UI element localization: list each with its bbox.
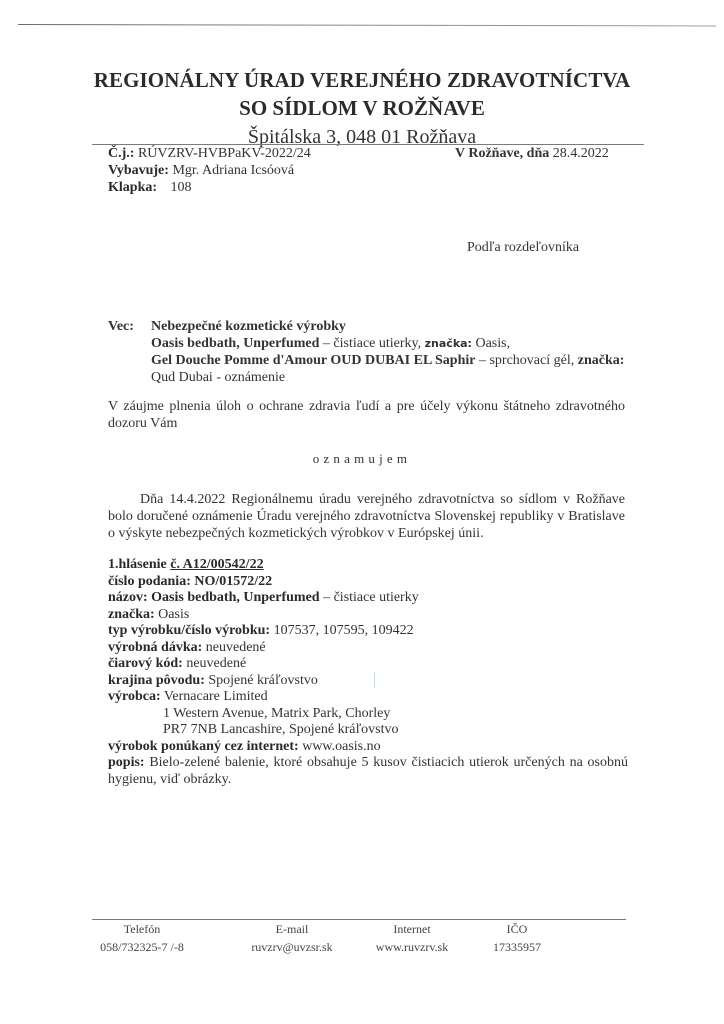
internet-value: www.oasis.no bbox=[299, 739, 381, 754]
subject-title: Nebezpečné kozmetické výrobky bbox=[151, 319, 346, 334]
batch-label: výrobná dávka: bbox=[108, 640, 202, 655]
type-value: 107537, 107595, 109422 bbox=[270, 623, 414, 638]
footer-phone: Telefón 058/732325-7 /-8 bbox=[92, 920, 192, 956]
product-name: názov: Oasis bedbath, Unperfumed – čisti… bbox=[108, 590, 628, 607]
subject-label: Vec: bbox=[108, 318, 134, 335]
email-value: ruvzrv@uvzsr.sk bbox=[232, 938, 352, 956]
organization-name: REGIONÁLNY ÚRAD VEREJNÉHO ZDRAVOTNÍCTVA bbox=[0, 66, 724, 94]
submission-number: číslo podania: NO/01572/22 bbox=[108, 574, 272, 589]
brand-label: značka: bbox=[108, 607, 155, 622]
origin-label: krajina pôvodu: bbox=[108, 673, 205, 688]
item2-desc: – sprchovací gél, bbox=[475, 353, 577, 368]
report-number: 1.hlásenie č. A12/00542/22 bbox=[108, 557, 628, 574]
email-label: E-mail bbox=[232, 920, 352, 938]
handler-label: Vybavuje: bbox=[108, 163, 169, 178]
item1-name: Oasis bedbath, Unperfumed bbox=[151, 336, 319, 351]
letterhead: REGIONÁLNY ÚRAD VEREJNÉHO ZDRAVOTNÍCTVA … bbox=[0, 66, 724, 152]
manufacturer-address-2: PR7 7NB Lancashire, Spojené kráľovstvo bbox=[108, 722, 628, 739]
scan-artifact bbox=[374, 672, 375, 688]
product-barcode: čiarový kód: neuvedené bbox=[108, 656, 628, 673]
distribution-note: Podľa rozdeľovníka bbox=[467, 240, 579, 256]
announce-heading: oznamujem bbox=[0, 451, 724, 467]
place-date: V Rožňave, dňa 28.4.2022 bbox=[455, 145, 609, 162]
brand-value: Oasis bbox=[155, 607, 190, 622]
date-value: 28.4.2022 bbox=[553, 146, 609, 161]
item2-brand-label: značka: bbox=[578, 353, 625, 368]
manufacturer-value: Vernacare Limited bbox=[161, 689, 268, 704]
report-number-label: 1.hlásenie bbox=[108, 557, 170, 572]
subject-item-2: Gel Douche Pomme d'Amour OUD DUBAI EL Sa… bbox=[151, 352, 651, 369]
reference-block: Č.j.: RÚVZRV-HVBPaKV-2022/24 Vybavuje: M… bbox=[108, 145, 311, 196]
description-value: Bielo-zelené balenie, ktoré obsahuje 5 k… bbox=[108, 755, 628, 787]
extension: Klapka: 108 bbox=[108, 179, 311, 196]
subject-item-1: Oasis bedbath, Unperfumed – čistiace uti… bbox=[151, 335, 651, 352]
scan-edge-line bbox=[18, 24, 716, 26]
handler-value: Mgr. Adriana Icsóová bbox=[172, 163, 294, 178]
place-label: V Rožňave, dňa bbox=[455, 146, 549, 161]
item1-brand: Oasis, bbox=[472, 336, 510, 351]
ico-value: 17335957 bbox=[472, 938, 562, 956]
body-paragraph: Dňa 14.4.2022 Regionálnemu úradu verejné… bbox=[108, 491, 625, 542]
handler: Vybavuje: Mgr. Adriana Icsóová bbox=[108, 162, 311, 179]
report-block: 1.hlásenie č. A12/00542/22 číslo podania… bbox=[108, 557, 628, 788]
footer-internet: Internet www.ruvzrv.sk bbox=[357, 920, 467, 956]
barcode-value: neuvedené bbox=[183, 656, 246, 671]
reference-number: Č.j.: RÚVZRV-HVBPaKV-2022/24 bbox=[108, 145, 311, 162]
product-name-desc: – čistiace utierky bbox=[320, 590, 419, 605]
product-origin: krajina pôvodu: Spojené kráľovstvo bbox=[108, 673, 628, 690]
product-internet: výrobok ponúkaný cez internet: www.oasis… bbox=[108, 739, 628, 756]
footer-ico: IČO 17335957 bbox=[472, 920, 562, 956]
product-manufacturer: výrobca: Vernacare Limited bbox=[108, 689, 628, 706]
internet-value: www.ruvzrv.sk bbox=[357, 938, 467, 956]
origin-value: Spojené kráľovstvo bbox=[205, 673, 318, 688]
item1-desc: – čistiace utierky, bbox=[319, 336, 424, 351]
reference-value: RÚVZRV-HVBPaKV-2022/24 bbox=[138, 146, 311, 161]
product-batch: výrobná dávka: neuvedené bbox=[108, 640, 628, 657]
product-brand: značka: Oasis bbox=[108, 607, 628, 624]
extension-value: 108 bbox=[171, 180, 192, 195]
reference-label: Č.j.: bbox=[108, 146, 134, 161]
item2-name: Gel Douche Pomme d'Amour OUD DUBAI EL Sa… bbox=[151, 353, 475, 368]
phone-label: Telefón bbox=[92, 920, 192, 938]
manufacturer-address-1: 1 Western Avenue, Matrix Park, Chorley bbox=[108, 706, 628, 723]
item1-brand-label: značka: bbox=[425, 337, 472, 350]
intro-paragraph: V záujme plnenia úloh o ochrane zdravia … bbox=[108, 398, 625, 432]
type-label: typ výrobku/číslo výrobku: bbox=[108, 623, 270, 638]
organization-seat: SO SÍDLOM V ROŽŇAVE bbox=[0, 94, 724, 122]
product-type: typ výrobku/číslo výrobku: 107537, 10759… bbox=[108, 623, 628, 640]
product-name-value: Oasis bedbath, Unperfumed bbox=[151, 590, 319, 605]
phone-value: 058/732325-7 /-8 bbox=[92, 938, 192, 956]
product-name-label: názov: bbox=[108, 590, 151, 605]
footer-email: E-mail ruvzrv@uvzsr.sk bbox=[232, 920, 352, 956]
description-label: popis: bbox=[108, 755, 145, 770]
product-description: popis: Bielo-zelené balenie, ktoré obsah… bbox=[108, 755, 628, 788]
internet-label: výrobok ponúkaný cez internet: bbox=[108, 739, 299, 754]
extension-label: Klapka: bbox=[108, 180, 157, 195]
manufacturer-label: výrobca: bbox=[108, 689, 161, 704]
ico-label: IČO bbox=[472, 920, 562, 938]
barcode-label: čiarový kód: bbox=[108, 656, 183, 671]
subject-block: Vec: Nebezpečné kozmetické výrobky Oasis… bbox=[108, 318, 651, 386]
report-number-value: č. A12/00542/22 bbox=[170, 557, 263, 572]
internet-label: Internet bbox=[357, 920, 467, 938]
subject-item-2-brand: Qud Dubai - oznámenie bbox=[151, 369, 651, 386]
batch-value: neuvedené bbox=[202, 640, 265, 655]
